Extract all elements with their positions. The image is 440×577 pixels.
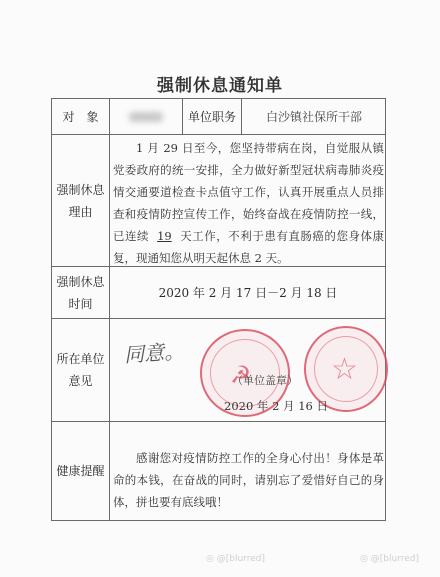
reason-label-line1: 强制休息 xyxy=(56,179,104,201)
reason-text-part1: 1 月 29 日至今，您坚持带病在岗，自觉服从镇党委政府的统一安排，全力做好新型… xyxy=(113,141,384,243)
reason-label-line2: 理由 xyxy=(68,201,92,223)
watermark-right: ◎ @[blurred] xyxy=(360,554,419,564)
health-reminder-label: 健康提醒 xyxy=(52,422,109,520)
weibo-icon: ◎ xyxy=(206,554,214,564)
days-worked: 19 xyxy=(149,229,180,243)
unit-opinion-label-line2: 意见 xyxy=(68,370,92,392)
rest-time-label-line1: 强制休息 xyxy=(56,271,104,293)
blurred-name xyxy=(129,112,163,122)
opinion-date: 2020 年 2 月 16 日 xyxy=(224,398,328,414)
watermark-left: ◎ @[blurred] xyxy=(206,554,265,564)
position-label: 单位职务 xyxy=(183,99,241,134)
reason-text: 1 月 29 日至今，您坚持带病在岗，自觉服从镇党委政府的统一安排，全力做好新型… xyxy=(113,137,384,269)
subject-label: 对 象 xyxy=(52,99,109,134)
unit-opinion-label: 所在单位 意见 xyxy=(52,319,109,421)
position-value: 白沙镇社保所干部 xyxy=(242,99,386,134)
handwritten-approval: 同意。 xyxy=(123,335,185,368)
rest-time-label-line2: 时间 xyxy=(68,293,92,315)
seal-note: （单位盖章） xyxy=(232,372,298,388)
rest-time-value: 2020 年 2 月 17 日－2 月 18 日 xyxy=(110,267,386,318)
weibo-icon: ◎ xyxy=(360,554,368,564)
notice-table: 对 象 单位职务 白沙镇社保所干部 强制休息 理由 1 月 29 日至今，您坚持… xyxy=(51,98,386,521)
subject-name-cell xyxy=(110,99,182,134)
reason-label: 强制休息 理由 xyxy=(52,135,109,266)
star-icon: ☆ xyxy=(331,352,358,387)
rest-time-label: 强制休息 时间 xyxy=(52,267,109,318)
health-reminder-text: 感谢您对疫情防控工作的全身心付出！身体是革命的本钱，在奋战的同时，请别忘了爱惜好… xyxy=(113,447,384,513)
document-title: 强制休息通知单 xyxy=(0,71,440,96)
unit-opinion-label-line1: 所在单位 xyxy=(56,348,104,370)
